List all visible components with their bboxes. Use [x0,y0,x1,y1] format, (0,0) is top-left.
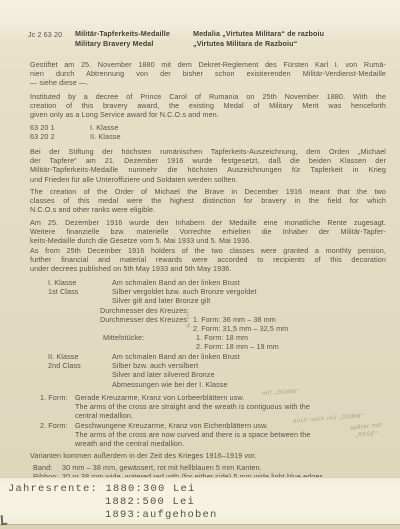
annuity-value-1893: 1893:aufgehoben [105,509,218,521]
pencil-mark-form2: 4. [186,322,193,331]
form1-en-line: The arms of the cross are straight and t… [75,402,310,411]
class-code: 63 20 1 [30,123,55,132]
history-en-line: N.C.O.s and other ranks were eligible. [30,205,386,214]
intro-de-line: — siehe diese —. [30,78,386,87]
annuity-value-1880: 1880:300 Lei [106,483,196,495]
history-de-line: Bei der Stiftung der höchsten rumänische… [30,147,386,156]
pension-de-line: Weitere finanzielle bzw. materielle Vorr… [30,227,386,236]
pencil-note-form2b: später mit [350,423,382,432]
form2-label: 2. Form: [40,421,68,430]
page-edge-mark [1,515,8,525]
pencil-note-form2a: auch noch mit „DOMN“ [293,414,364,425]
form2-de: Geschwungene Kreuzarme, Kranz von Eichen… [75,421,268,430]
class1-desc-line: Silver gilt and later Bronze gilt [112,296,210,305]
class1-desc-line: Am schmalen Band an der linken Brust [112,278,240,287]
class-code-label: I. Klasse [90,123,118,132]
class-code: 63 20 2 [30,132,55,141]
title-romanian-line1: Medalia „Virtutea Militara“ de razboiu [193,29,324,38]
intro-de-line: nien durch Abtrennung von der bisher sch… [30,69,386,78]
pension-de-line: Am 25. Dezember 1916 wurde den Inhabern … [30,218,386,227]
class1-label-en: 1st Class [48,287,78,296]
class2-desc-line: Silver and later silvered Bronze [112,370,215,379]
class1-centre-form2: 2. Form: 18 mm – 19 mm [196,342,279,351]
intro-en-line: creation of this bravery award, the exis… [30,101,386,110]
class1-diameter-label: Durchmesser des Kreuzes: [100,315,189,324]
class1-diameter-form2: 2. Form: 31,5 mm – 32,5 mm [193,324,288,333]
class2-desc-line: Silber bzw. auch versilbert [112,361,198,370]
pencil-note-form1: mit „DOMN“ [262,389,300,397]
class1-desc-line: Silber vergoldet bzw. auch Bronze vergol… [112,287,257,296]
intro-en-line: Instituted by a decree of Prince Carol o… [30,92,386,101]
class1-centre-label: Mittelstücke: [103,333,144,342]
form1-de: Gerade Kreuzarme, Kranz von Lorbeerblätt… [75,393,244,402]
intro-en-line: given only as a Long Service award for N… [30,110,386,119]
title-english: Military Bravery Medal [75,39,154,48]
variants-note: Varianten kommen außerdem in der Zeit de… [30,451,256,460]
class1-label-de: I. Klasse [48,278,76,287]
pension-de-line: keits-Medaille durch die Gesetze vom 5. … [30,236,386,245]
class2-desc-line: Abmessungen wie bei der I. Klasse [112,380,228,389]
class1-diameter-label: Durchmesser des Kreuzes: [100,306,189,315]
catalog-number: Jc 2 63 20 [28,30,62,39]
annuity-slip: Jahresrente: 1880:300 Lei 1882:500 Lei 1… [0,477,400,525]
form2-en-line: The arms of the cross are now curved and… [75,430,310,439]
class-code-label: II. Klasse [90,132,121,141]
annuity-label: Jahresrente: [8,483,98,495]
class2-label-en: 2nd Class [48,361,81,370]
form1-en-line: central medallion. [75,411,133,420]
history-de-line: der Tapfere“ am 21. Dezember 1916 wurde … [30,156,386,165]
history-de-line: Militär-Tapferkeits-Medaille nunmehr die… [30,165,386,174]
title-german: Militär-Tapferkeits-Medaille [75,29,170,38]
pension-en-line: As from 25th December 1916 holders of th… [30,246,386,255]
class2-desc-line: Am schmalen Band an der linken Brust [112,352,240,361]
title-romanian-line2: „Virtutea Militara de Razboiu“ [193,39,297,48]
annuity-value-1882: 1882:500 Lei [105,496,195,508]
history-de-line: und Frieden für alle Unteroffiziere und … [30,175,386,184]
intro-de-line: Gestiftet am 25. November 1880 mit dem D… [30,60,386,69]
form2-en-line: wreath and the central medallion. [75,439,184,448]
pension-en-line: further financial and material rewards w… [30,255,386,264]
form1-label: 1. Form: [40,393,68,402]
pencil-note-form2c: „REGE“ [355,431,378,439]
history-en-line: The creation of the Order of Michael the… [30,187,386,196]
history-en-line: classes of this medal were the highest d… [30,196,386,205]
class2-label-de: II. Klasse [48,352,79,361]
pension-en-line: under decrees published on 5th May 1933 … [30,264,386,273]
document-page: Jc 2 63 20 Militär-Tapferkeits-Medaille … [0,0,400,529]
annuity-line1: Jahresrente: 1880:300 Lei [8,483,196,495]
pencil-mark-form1: 2. [185,313,193,322]
